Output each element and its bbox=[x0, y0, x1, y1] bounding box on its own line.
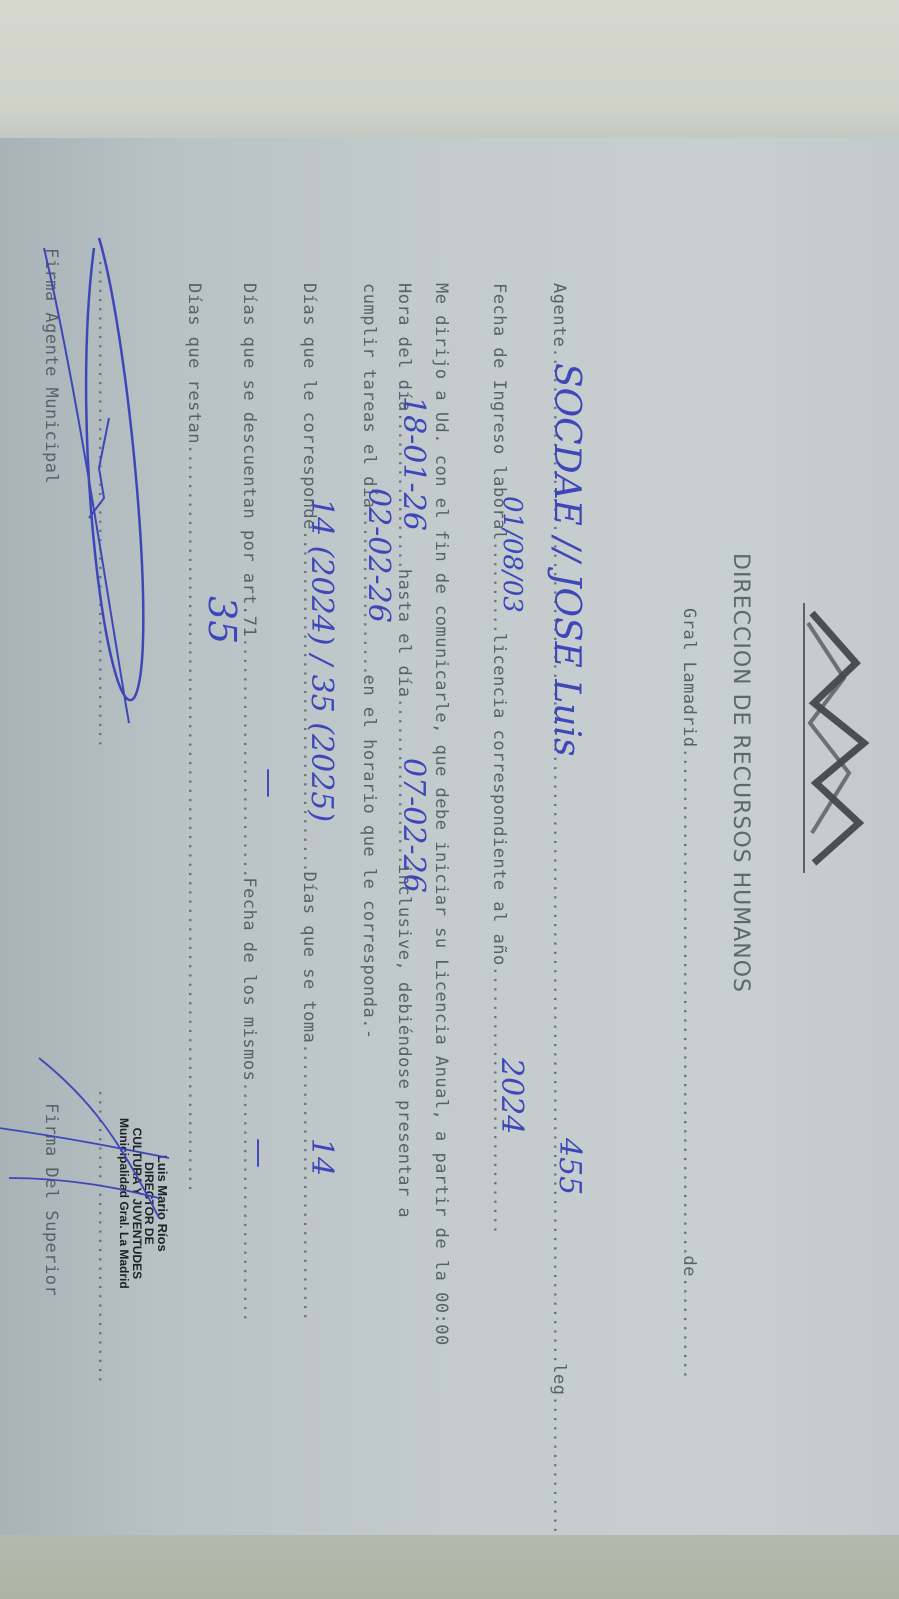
background-bottom bbox=[0, 1535, 899, 1599]
background-top bbox=[0, 0, 899, 140]
licencia-form: ▮▯▮▯▮▯▮▯▮ DIRECCION DE RECURSOS HUMANOS … bbox=[0, 138, 899, 1538]
signatures-icon bbox=[0, 138, 899, 1538]
